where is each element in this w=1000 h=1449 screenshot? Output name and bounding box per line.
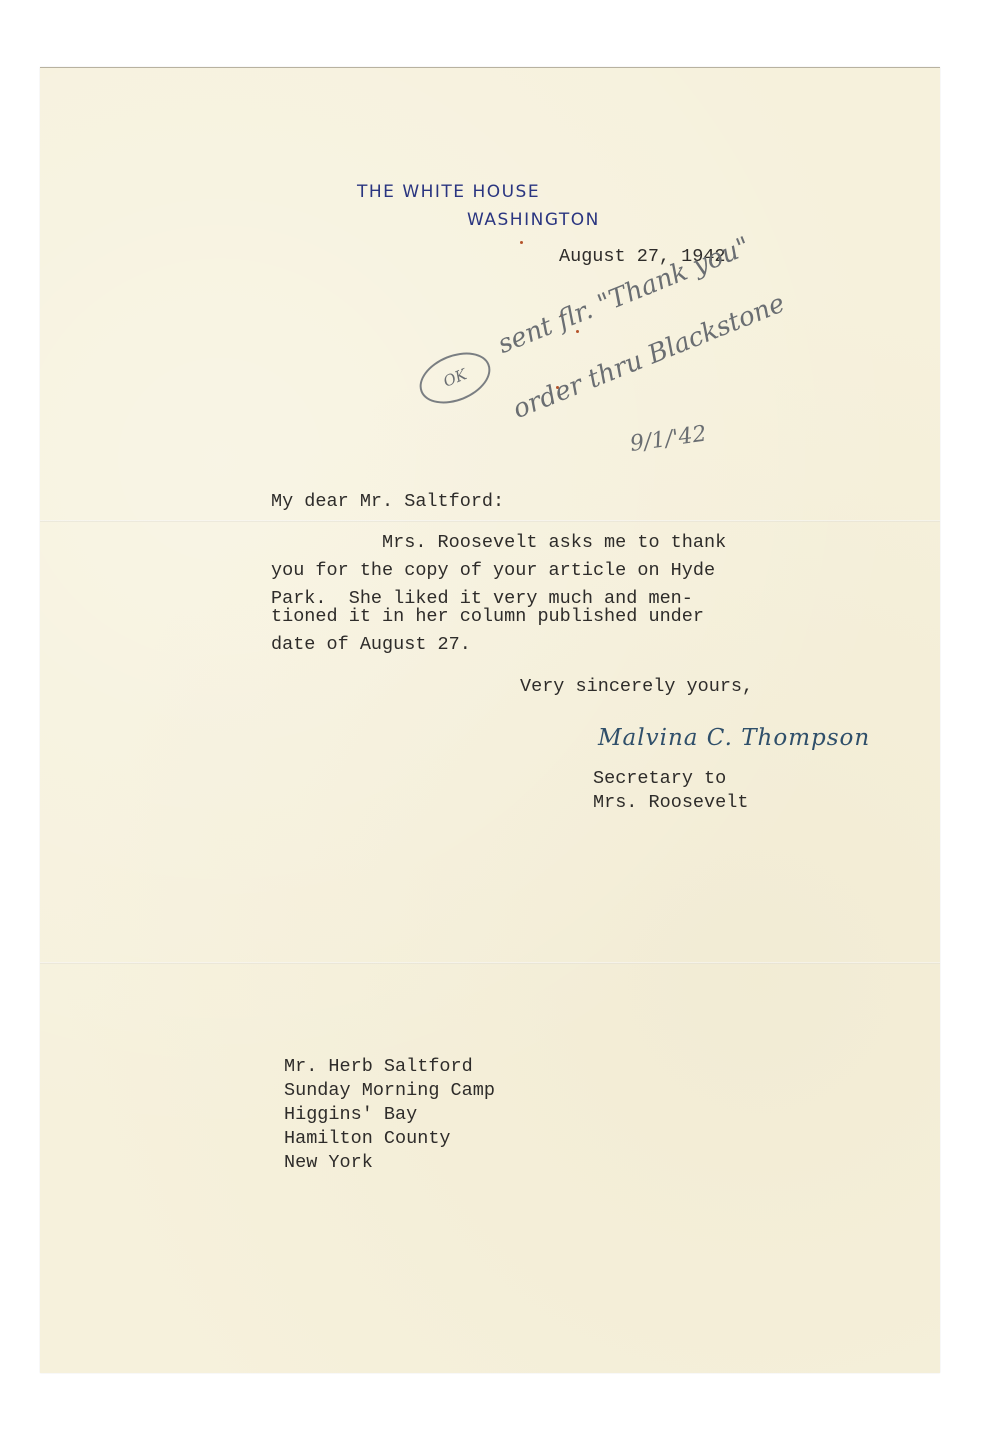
body-line-4: tioned it in her column published under bbox=[271, 603, 704, 632]
closing: Very sincerely yours, bbox=[520, 673, 753, 702]
fold-line-upper bbox=[40, 520, 940, 522]
address-line-3: Higgins' Bay bbox=[284, 1103, 417, 1127]
fold-line-lower bbox=[40, 962, 940, 964]
letterhead-title: THE WHITE HOUSE bbox=[357, 182, 540, 202]
letter-paper bbox=[40, 67, 940, 1373]
signer-title-line-2: Mrs. Roosevelt bbox=[593, 789, 748, 818]
address-line-4: Hamilton County bbox=[284, 1127, 451, 1151]
salutation: My dear Mr. Saltford: bbox=[271, 488, 504, 517]
handwritten-signature: Malvina C. Thompson bbox=[598, 725, 870, 751]
body-line-2: you for the copy of your article on Hyde bbox=[271, 557, 715, 586]
address-line-2: Sunday Morning Camp bbox=[284, 1079, 495, 1103]
body-line-1: Mrs. Roosevelt asks me to thank bbox=[271, 529, 726, 558]
ok-mark-text: OK bbox=[441, 365, 470, 390]
rust-speck bbox=[520, 241, 523, 244]
address-line-5: New York bbox=[284, 1151, 373, 1175]
address-line-1: Mr. Herb Saltford bbox=[284, 1055, 473, 1079]
letterhead-city: WASHINGTON bbox=[467, 210, 600, 230]
body-line-5: date of August 27. bbox=[271, 631, 471, 660]
